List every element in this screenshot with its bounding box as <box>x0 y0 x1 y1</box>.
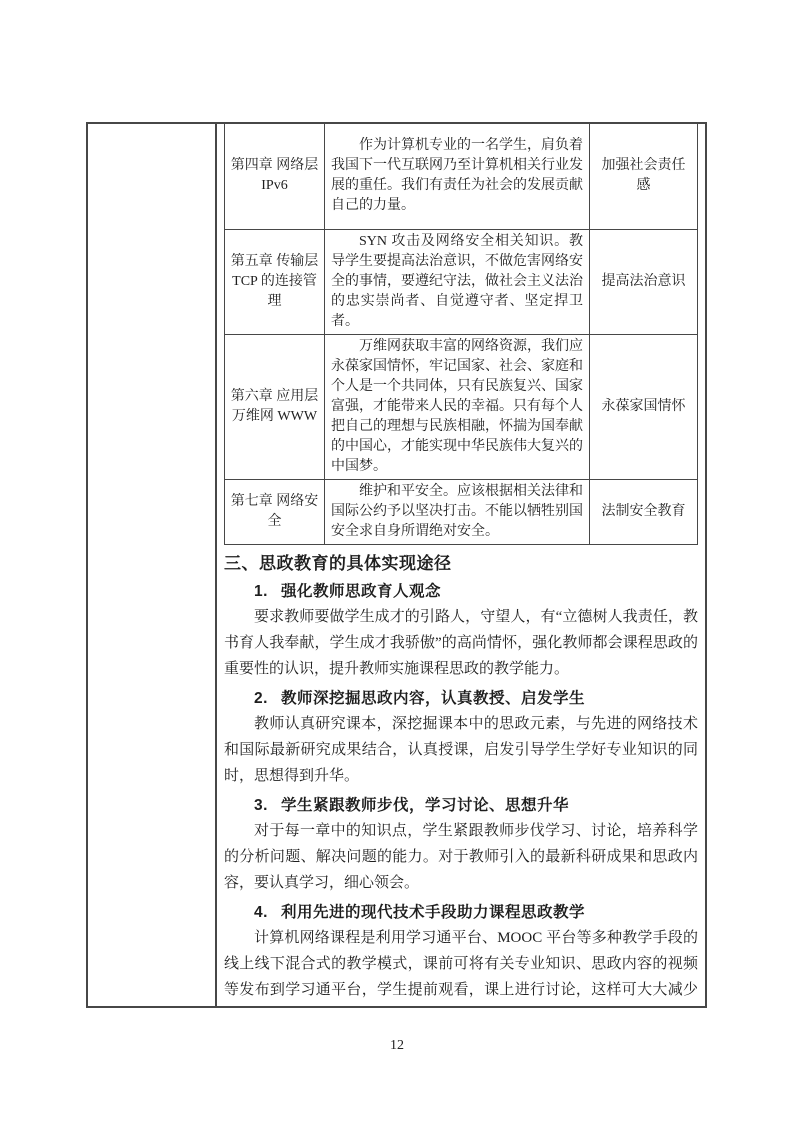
table-row: 第五章 传输层 TCP 的连接管理 SYN 攻击及网络安全相关知识。教导学生要提… <box>225 229 698 334</box>
item-heading-3: 3.学生紧跟教师步伐，学习讨论、思想升华 <box>254 795 698 816</box>
item-heading-1: 1.强化教师思政育人观念 <box>254 581 698 602</box>
chapter-cell: 第四章 网络层 IPv6 <box>225 124 325 229</box>
goal-cell: 法制安全教育 <box>590 479 698 544</box>
implementation-section: 三、思政教育的具体实现途径 1.强化教师思政育人观念 要求教师要做学生成才的引路… <box>224 545 698 1007</box>
item-body-4: 计算机网络课程是利用学习通平台、MOOC 平台等多种教学手段的线上线下混合式的教… <box>224 925 698 1007</box>
page-number: 12 <box>0 1038 794 1054</box>
chapter-cell: 第七章 网络安全 <box>225 479 325 544</box>
item-heading-text: 教师深挖掘思政内容，认真教授、启发学生 <box>281 690 585 707</box>
description-text: SYN 攻击及网络安全相关知识。教导学生要提高法治意识，不做危害网络安全的事情，… <box>331 232 583 332</box>
table-row-header-cell-empty <box>88 124 217 1006</box>
description-text: 维护和平安全。应该根据相关法律和国际公约予以坚决打击。不能以牺牲别国安全求自身所… <box>331 482 583 542</box>
item-number: 3. <box>254 797 268 814</box>
item-heading-text: 利用先进的现代技术手段助力课程思政教学 <box>281 904 585 921</box>
item-body-1: 要求教师要做学生成才的引路人，守望人，有“立德树人我责任，教书育人我奉献，学生成… <box>224 604 698 682</box>
goal-cell: 永葆家国情怀 <box>590 334 698 479</box>
item-heading-2: 2.教师深挖掘思政内容，认真教授、启发学生 <box>254 688 698 709</box>
description-cell: 作为计算机专业的一名学生，肩负着我国下一代互联网乃至计算机相关行业发展的重任。我… <box>325 124 590 229</box>
description-text: 作为计算机专业的一名学生，肩负着我国下一代互联网乃至计算机相关行业发展的重任。我… <box>331 136 583 216</box>
item-number: 1. <box>254 583 268 600</box>
table-row: 第六章 应用层 万维网 WWW 万维网获取丰富的网络资源，我们应永葆家国情怀，牢… <box>225 334 698 479</box>
description-cell: 维护和平安全。应该根据相关法律和国际公约予以坚决打击。不能以牺牲别国安全求自身所… <box>325 479 590 544</box>
table-row: 第四章 网络层 IPv6 作为计算机专业的一名学生，肩负着我国下一代互联网乃至计… <box>225 124 698 229</box>
item-heading-text: 强化教师思政育人观念 <box>281 583 441 600</box>
chapter-goals-table: 第四章 网络层 IPv6 作为计算机专业的一名学生，肩负着我国下一代互联网乃至计… <box>224 124 698 545</box>
chapter-cell: 第六章 应用层 万维网 WWW <box>225 334 325 479</box>
table-content-cell: 第四章 网络层 IPv6 作为计算机专业的一名学生，肩负着我国下一代互联网乃至计… <box>217 124 705 1006</box>
item-heading-text: 学生紧跟教师步伐，学习讨论、思想升华 <box>281 797 569 814</box>
goal-cell: 加强社会责任感 <box>590 124 698 229</box>
section-title: 三、思政教育的具体实现途径 <box>224 552 698 575</box>
item-body-3: 对于每一章中的知识点，学生紧跟教师步伐学习、讨论，培养科学的分析问题、解决问题的… <box>224 818 698 896</box>
description-text: 万维网获取丰富的网络资源，我们应永葆家国情怀，牢记国家、社会、家庭和个人是一个共… <box>331 337 583 477</box>
description-cell: SYN 攻击及网络安全相关知识。教导学生要提高法治意识，不做危害网络安全的事情，… <box>325 229 590 334</box>
goal-cell: 提高法治意识 <box>590 229 698 334</box>
course-politics-table: 第四章 网络层 IPv6 作为计算机专业的一名学生，肩负着我国下一代互联网乃至计… <box>86 122 707 1008</box>
chapter-cell: 第五章 传输层 TCP 的连接管理 <box>225 229 325 334</box>
item-number: 2. <box>254 690 268 707</box>
item-number: 4. <box>254 904 268 921</box>
item-body-2: 教师认真研究课本，深挖掘课本中的思政元素，与先进的网络技术和国际最新研究成果结合… <box>224 711 698 789</box>
table-row: 第七章 网络安全 维护和平安全。应该根据相关法律和国际公约予以坚决打击。不能以牺… <box>225 479 698 544</box>
description-cell: 万维网获取丰富的网络资源，我们应永葆家国情怀，牢记国家、社会、家庭和个人是一个共… <box>325 334 590 479</box>
item-heading-4: 4.利用先进的现代技术手段助力课程思政教学 <box>254 902 698 923</box>
